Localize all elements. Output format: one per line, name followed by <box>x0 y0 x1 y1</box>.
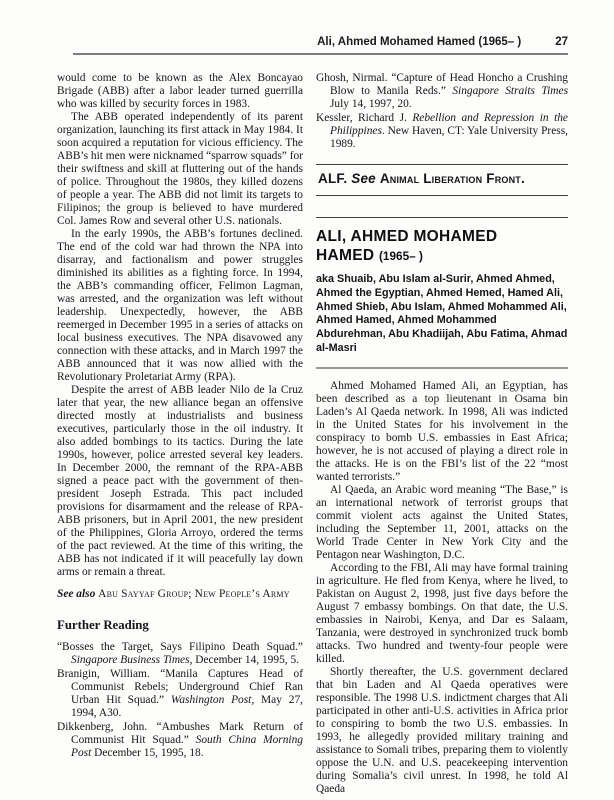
paragraph: Al Qaeda, an Arabic word meaning “The Ba… <box>316 484 568 562</box>
bib-text: , December 14, 1995, 5. <box>190 654 299 666</box>
bibliography-entry: “Bosses the Target, Says Filipino Death … <box>57 641 303 667</box>
further-reading-heading: Further Reading <box>57 619 303 632</box>
bib-source-title: Singapore Business Times <box>71 654 190 666</box>
bibliography: “Bosses the Target, Says Filipino Death … <box>57 641 303 760</box>
entry-body: Ahmed Mohamed Hamed Ali, an Egyptian, ha… <box>316 380 568 796</box>
see-also-line: See also Abu Sayyaf Group; New People’s … <box>57 588 303 601</box>
paragraph: would come to be known as the Alex Bonca… <box>57 72 303 111</box>
bib-text: December 15, 1995, 18. <box>91 747 203 759</box>
paragraph: In the early 1990s, the ABB’s fortunes d… <box>57 228 303 384</box>
entry-title-line2: HAMED <box>316 247 374 264</box>
running-header-title: Ali, Ahmed Mohamed Hamed (1965– ) <box>317 36 521 48</box>
cross-reference-alf: ALF. See Animal Liberation Front. <box>316 164 568 196</box>
bibliography-entry: Branigin, William. “Manila Captures Head… <box>57 668 303 720</box>
bibliography-continued: Ghosh, Nirmal. “Capture of Head Honcho a… <box>316 72 568 151</box>
entry-title-line1: ALI, AHMED MOHAMED <box>316 228 497 245</box>
entry-aka: aka Shuaib, Abu Islam al-Surir, Ahmed Ah… <box>316 273 568 356</box>
cross-reference-line: ALF. See Animal Liberation Front. <box>318 171 525 186</box>
bib-source-title: Singapore Straits Times <box>452 85 568 97</box>
book-page: Ali, Ahmed Mohamed Hamed (1965– ) 27 wou… <box>0 0 614 800</box>
xref-see-label: See <box>351 171 376 186</box>
entry-years: (1965– ) <box>379 249 423 263</box>
xref-target: Animal Liberation Front. <box>380 171 525 186</box>
see-also-refs: Abu Sayyaf Group; New People’s Army <box>98 588 290 600</box>
bib-text: Kessler, Richard J. <box>316 112 412 124</box>
xref-term: ALF. <box>318 171 347 186</box>
bibliography-entry: Dikkenberg, John. “Ambushes Mark Return … <box>57 721 303 760</box>
paragraph: Despite the arrest of ABB leader Nilo de… <box>57 384 303 579</box>
paragraph: Shortly thereafter, the U.S. government … <box>316 666 568 796</box>
bibliography-entry: Kessler, Richard J. Rebellion and Repres… <box>316 112 568 151</box>
left-column: would come to be known as the Alex Bonca… <box>57 72 303 761</box>
paragraph: According to the FBI, Ali may have forma… <box>316 562 568 666</box>
bib-source-title: Washington Post <box>171 694 251 706</box>
page-number: 27 <box>555 36 568 48</box>
right-column: Ghosh, Nirmal. “Capture of Head Honcho a… <box>316 72 568 796</box>
entry-ali-ahmed-mohamed-hamed: ALI, AHMED MOHAMED HAMED (1965– ) aka Sh… <box>316 217 568 796</box>
bib-text: “Bosses the Target, Says Filipino Death … <box>57 641 303 653</box>
see-also-label: See also <box>57 588 95 600</box>
running-header: Ali, Ahmed Mohamed Hamed (1965– ) 27 <box>73 36 568 55</box>
bib-text: July 14, 1997, 20. <box>330 98 412 110</box>
entry-title: ALI, AHMED MOHAMED HAMED (1965– ) <box>316 228 568 265</box>
paragraph: Ahmed Mohamed Hamed Ali, an Egyptian, ha… <box>316 380 568 484</box>
aka-divider-rule <box>316 367 568 369</box>
bibliography-entry: Ghosh, Nirmal. “Capture of Head Honcho a… <box>316 72 568 111</box>
paragraph: The ABB operated independently of its pa… <box>57 111 303 228</box>
